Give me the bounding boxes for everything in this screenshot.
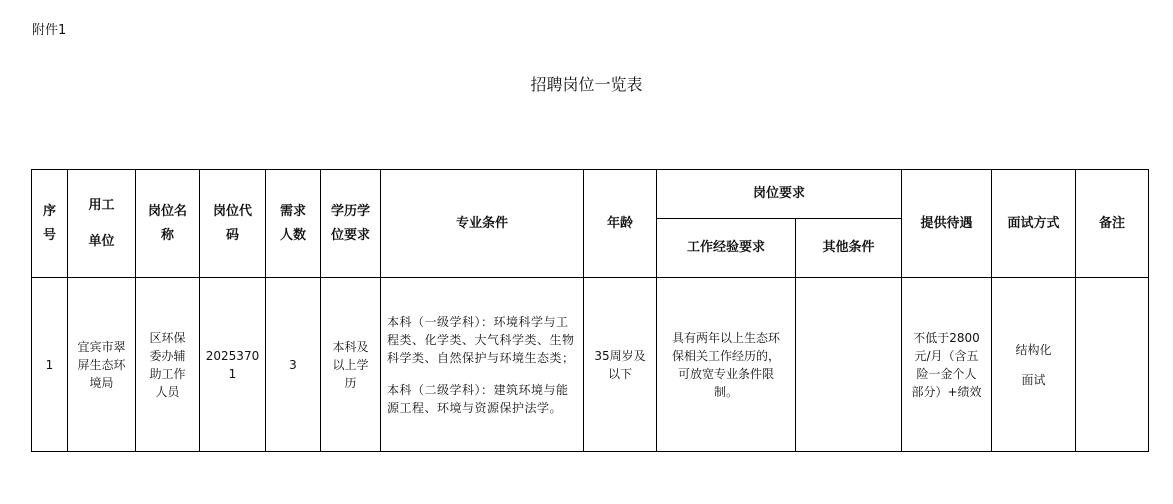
header-row-1: 序 号 用工 单位 岗位名 称 岗位代 码 需求 人数 学历学 位要求 专业条件… bbox=[32, 170, 1149, 219]
cell-position-name: 区环保 委办辅 助工作 人员 bbox=[136, 278, 200, 452]
attachment-label: 附件1 bbox=[32, 19, 66, 38]
header-major: 专业条件 bbox=[381, 170, 584, 278]
header-position-requirements: 岗位要求 bbox=[657, 170, 902, 219]
cell-compensation: 不低于2800 元/月（含五 险一金个人 部分）+绩效 bbox=[902, 278, 992, 452]
cell-headcount: 3 bbox=[266, 278, 321, 452]
header-other-conditions: 其他条件 bbox=[796, 219, 902, 278]
cell-work-experience: 具有两年以上生态环 保相关工作经历的， 可放宽专业条件限 制。 bbox=[657, 278, 796, 452]
page-title: 招聘岗位一览表 bbox=[0, 72, 1173, 95]
cell-seq: 1 bbox=[32, 278, 68, 452]
header-interview-method: 面试方式 bbox=[992, 170, 1076, 278]
header-position-name: 岗位名 称 bbox=[136, 170, 200, 278]
recruitment-table: 序 号 用工 单位 岗位名 称 岗位代 码 需求 人数 学历学 位要求 专业条件… bbox=[31, 169, 1149, 452]
header-position-code: 岗位代 码 bbox=[200, 170, 266, 278]
header-employer: 用工 单位 bbox=[68, 170, 136, 278]
cell-age: 35周岁及 以下 bbox=[584, 278, 657, 452]
header-education: 学历学 位要求 bbox=[321, 170, 381, 278]
header-remarks: 备注 bbox=[1076, 170, 1149, 278]
cell-education: 本科及 以上学 历 bbox=[321, 278, 381, 452]
cell-remarks bbox=[1076, 278, 1149, 452]
header-headcount: 需求 人数 bbox=[266, 170, 321, 278]
cell-interview-method: 结构化 面试 bbox=[992, 278, 1076, 452]
table-row: 1 宜宾市翠 屏生态环 境局 区环保 委办辅 助工作 人员 2025370 1 … bbox=[32, 278, 1149, 452]
header-seq: 序 号 bbox=[32, 170, 68, 278]
header-compensation: 提供待遇 bbox=[902, 170, 992, 278]
header-age: 年龄 bbox=[584, 170, 657, 278]
cell-position-code: 2025370 1 bbox=[200, 278, 266, 452]
cell-employer: 宜宾市翠 屏生态环 境局 bbox=[68, 278, 136, 452]
cell-other-conditions bbox=[796, 278, 902, 452]
header-work-experience: 工作经验要求 bbox=[657, 219, 796, 278]
cell-major: 本科（一级学科）：环境科学与工程类、化学类、大气科学类、生物科学类、自然保护与环… bbox=[381, 278, 584, 452]
